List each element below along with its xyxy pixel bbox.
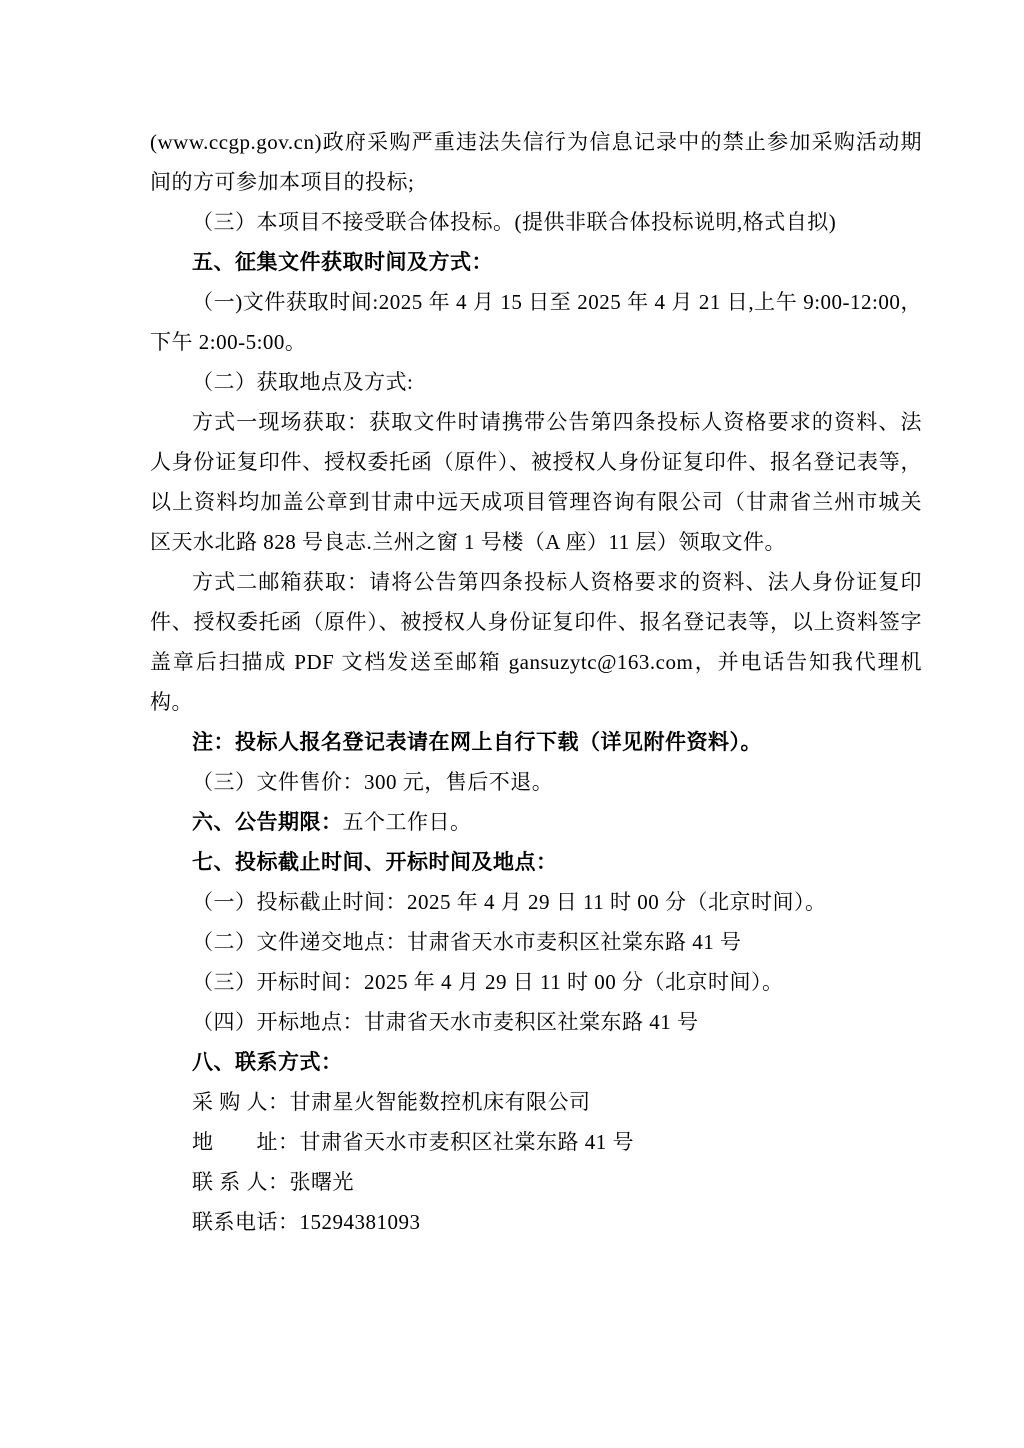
paragraph: 联 系 人：张曙光: [150, 1162, 922, 1202]
paragraph: （三）文件售价：300 元，售后不退。: [150, 762, 922, 802]
paragraph: 七、投标截止时间、开标时间及地点：: [150, 842, 922, 882]
paragraph-text: 联系电话：15294381093: [192, 1210, 421, 1234]
paragraph-text: 地 址：甘肃省天水市麦积区社棠东路 41 号: [192, 1130, 634, 1154]
paragraph: （三）本项目不接受联合体投标。(提供非联合体投标说明,格式自拟): [150, 202, 922, 242]
paragraph-bold-segment: 注：投标人报名登记表请在网上自行下载（详见附件资料）。: [192, 730, 762, 754]
paragraph-bold-segment: 五、征集文件获取时间及方式：: [192, 250, 493, 274]
paragraph: （二）获取地点及方式:: [150, 362, 922, 402]
paragraph-text: 联 系 人：张曙光: [192, 1170, 354, 1194]
paragraph-text: 方式一现场获取：获取文件时请携带公告第四条投标人资格要求的资料、法人身份证复印件…: [150, 410, 922, 554]
paragraph-bold-segment: 六、公告期限：: [192, 810, 343, 834]
paragraph: 六、公告期限：五个工作日。: [150, 802, 922, 842]
paragraph: 方式二邮箱获取：请将公告第四条投标人资格要求的资料、法人身份证复印件、授权委托函…: [150, 562, 922, 722]
paragraph: 采 购 人：甘肃星火智能数控机床有限公司: [150, 1082, 922, 1122]
paragraph-text: （二）获取地点及方式:: [192, 370, 413, 394]
paragraph: (www.ccgp.gov.cn)政府采购严重违法失信行为信息记录中的禁止参加采…: [150, 122, 922, 202]
paragraph-text: （二）文件递交地点：甘肃省天水市麦积区社棠东路 41 号: [192, 930, 742, 954]
paragraph-text: （一）投标截止时间：2025 年 4 月 29 日 11 时 00 分（北京时间…: [192, 890, 826, 914]
paragraph: 地 址：甘肃省天水市麦积区社棠东路 41 号: [150, 1122, 922, 1162]
paragraph-text: 采 购 人：甘肃星火智能数控机床有限公司: [192, 1090, 591, 1114]
paragraph-text: （三）开标时间：2025 年 4 月 29 日 11 时 00 分（北京时间）。: [192, 970, 783, 994]
paragraph: 联系电话：15294381093: [150, 1202, 922, 1242]
paragraph: （四）开标地点：甘肃省天水市麦积区社棠东路 41 号: [150, 1002, 922, 1042]
paragraph-text: （四）开标地点：甘肃省天水市麦积区社棠东路 41 号: [192, 1010, 699, 1034]
paragraph: （一）投标截止时间：2025 年 4 月 29 日 11 时 00 分（北京时间…: [150, 882, 922, 922]
paragraph: 注：投标人报名登记表请在网上自行下载（详见附件资料）。: [150, 722, 922, 762]
document-body: (www.ccgp.gov.cn)政府采购严重违法失信行为信息记录中的禁止参加采…: [150, 122, 922, 1242]
paragraph-text: （三）本项目不接受联合体投标。(提供非联合体投标说明,格式自拟): [192, 210, 836, 234]
paragraph-text: （三）文件售价：300 元，售后不退。: [192, 770, 553, 794]
paragraph-text: (www.ccgp.gov.cn)政府采购严重违法失信行为信息记录中的禁止参加采…: [150, 130, 922, 194]
paragraph: 方式一现场获取：获取文件时请携带公告第四条投标人资格要求的资料、法人身份证复印件…: [150, 402, 922, 562]
paragraph: （一)文件获取时间:2025 年 4 月 15 日至 2025 年 4 月 21…: [150, 282, 922, 362]
paragraph-text: （一)文件获取时间:2025 年 4 月 15 日至 2025 年 4 月 21…: [150, 290, 922, 354]
document-page: (www.ccgp.gov.cn)政府采购严重违法失信行为信息记录中的禁止参加采…: [0, 0, 1024, 1448]
paragraph: 五、征集文件获取时间及方式：: [150, 242, 922, 282]
paragraph-text: 五个工作日。: [343, 810, 472, 834]
paragraph-text: 方式二邮箱获取：请将公告第四条投标人资格要求的资料、法人身份证复印件、授权委托函…: [150, 570, 922, 714]
paragraph-bold-segment: 八、联系方式：: [192, 1050, 343, 1074]
paragraph: （二）文件递交地点：甘肃省天水市麦积区社棠东路 41 号: [150, 922, 922, 962]
paragraph: 八、联系方式：: [150, 1042, 922, 1082]
paragraph-bold-segment: 七、投标截止时间、开标时间及地点：: [192, 850, 558, 874]
paragraph: （三）开标时间：2025 年 4 月 29 日 11 时 00 分（北京时间）。: [150, 962, 922, 1002]
